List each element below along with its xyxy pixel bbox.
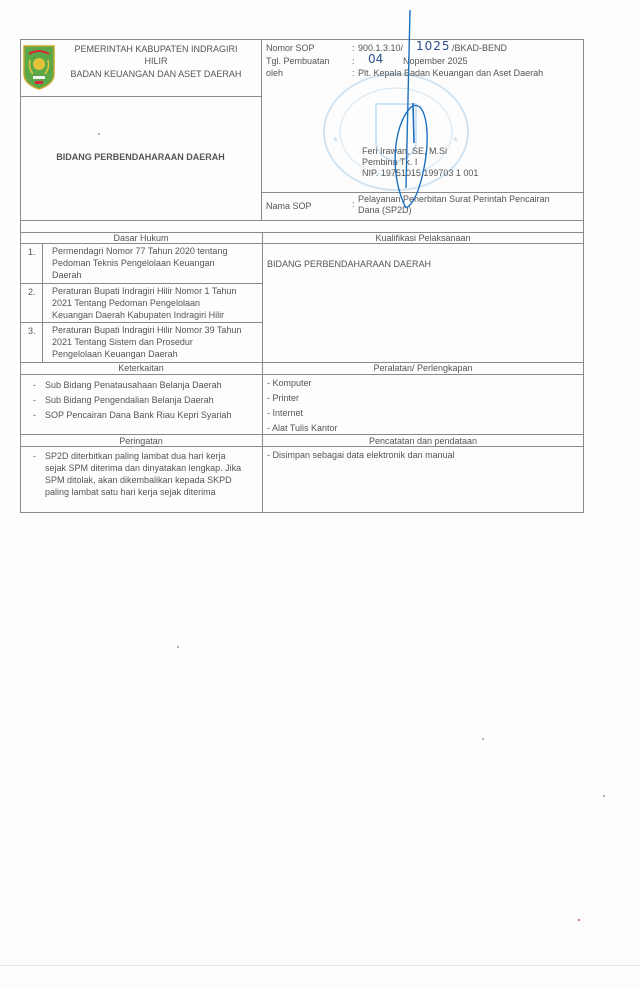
peralatan-item: - Internet	[267, 408, 303, 419]
dasar-hukum-num: 1.	[28, 247, 36, 258]
peringatan-top-line	[20, 434, 584, 435]
peringatan-title: Peringatan	[20, 436, 262, 447]
dasar-hukum-item-line: Daerah	[52, 270, 82, 281]
org-name-line2: HILIR	[56, 56, 256, 67]
division-title: BIDANG PERBENDAHARAAN DAERAH	[20, 152, 261, 163]
peralatan-item: - Komputer	[267, 378, 312, 389]
oleh-colon: :	[352, 68, 355, 79]
dasar-hukum-item-line: Peraturan Bupati Indragiri Hilir Nomor 1…	[52, 286, 236, 297]
org-title-divider	[20, 96, 261, 97]
dasar-hukum-title: Dasar Hukum	[20, 233, 262, 244]
org-name-line1: PEMERINTAH KABUPATEN INDRAGIRI	[56, 44, 256, 55]
bullet: -	[33, 410, 36, 421]
dasar-hukum-item-line: Permendagri Nomor 77 Tahun 2020 tentang	[52, 246, 227, 257]
org-name-line3: BADAN KEUANGAN DAN ASET DAERAH	[56, 69, 256, 80]
dasar-hukum-item-line: 2021 Tentang Sistem dan Prosedur	[52, 337, 193, 348]
scan-speck	[98, 133, 100, 135]
svg-text:★: ★	[452, 135, 459, 144]
pencatatan-title: Pencatatan dan pendataan	[262, 436, 584, 447]
nomor-sop-label: Nomor SOP	[266, 43, 315, 54]
scan-speck	[177, 646, 179, 648]
peralatan-item: - Printer	[267, 393, 299, 404]
bullet: -	[33, 395, 36, 406]
dasar-hukum-item-line: Keuangan Daerah Kabupaten Indragiri Hili…	[52, 310, 224, 321]
svg-text:★: ★	[332, 135, 339, 144]
nomor-sop-colon: :	[352, 43, 355, 54]
dasar-hukum-num: 2.	[28, 287, 36, 298]
tgl-pembuatan-colon: :	[352, 56, 355, 67]
pencatatan-value: - Disimpan sebagai data elektronik dan m…	[267, 450, 455, 461]
keterkaitan-item: SOP Pencairan Dana Bank Riau Kepri Syari…	[45, 410, 231, 421]
bullet: -	[33, 380, 36, 391]
peringatan-line: paling lambat satu hari kerja sejak dite…	[45, 487, 216, 498]
nama-sop-label: Nama SOP	[266, 201, 312, 212]
peringatan-line: SP2D diterbitkan paling lambat dua hari …	[45, 451, 226, 462]
kualifikasi-title: Kualifikasi Pelaksanaan	[262, 233, 584, 244]
keterkaitan-item: Sub Bidang Penatausahaan Belanja Daerah	[45, 380, 222, 391]
scan-artifact-line	[0, 965, 640, 966]
scan-speck	[482, 738, 484, 740]
scan-speck	[603, 795, 605, 797]
number-column-divider	[42, 243, 43, 362]
nama-sop-colon: :	[352, 199, 355, 210]
regency-crest-icon	[22, 44, 56, 90]
bullet: -	[33, 451, 36, 462]
signature-icon	[380, 8, 450, 238]
peringatan-line: sejak SPM diterima dan dinyatakan lengka…	[45, 463, 241, 474]
dasar-hukum-item-line: 2021 Tentang Pedoman Pengelolaan	[52, 298, 200, 309]
dasar-hukum-num: 3.	[28, 326, 36, 337]
sop-document-page: PEMERINTAH KABUPATEN INDRAGIRI HILIR BAD…	[0, 0, 640, 989]
dasar-hukum-item-line: Pedoman Teknis Pengelolaan Keuangan	[52, 258, 214, 269]
kualifikasi-value: BIDANG PERBENDAHARAAN DAERAH	[267, 259, 431, 270]
header-bottom-line	[20, 220, 584, 221]
tgl-pembuatan-label: Tgl. Pembuatan	[266, 56, 330, 67]
peralatan-title: Peralatan/ Perlengkapan	[262, 363, 584, 374]
dasar-hukum-item-line: Pengelolaan Keuangan Daerah	[52, 349, 178, 360]
dasar-hukum-item-line: Peraturan Bupati Indragiri Hilir Nomor 3…	[52, 325, 241, 336]
dasar-row-divider	[20, 283, 262, 284]
peralatan-item: - Alat Tulis Kantor	[267, 423, 338, 434]
scan-speck	[578, 919, 580, 921]
dasar-row-divider	[20, 322, 262, 323]
peringatan-line: SPM ditolak, akan dikembalikan kepada SK…	[45, 475, 232, 486]
nomor-sop-suffix: /BKAD-BEND	[452, 43, 507, 54]
keterkaitan-title: Keterkaitan	[20, 363, 262, 374]
keterkaitan-item: Sub Bidang Pengendalian Belanja Daerah	[45, 395, 214, 406]
keterkaitan-header-line	[20, 374, 584, 375]
oleh-label: oleh	[266, 68, 283, 79]
